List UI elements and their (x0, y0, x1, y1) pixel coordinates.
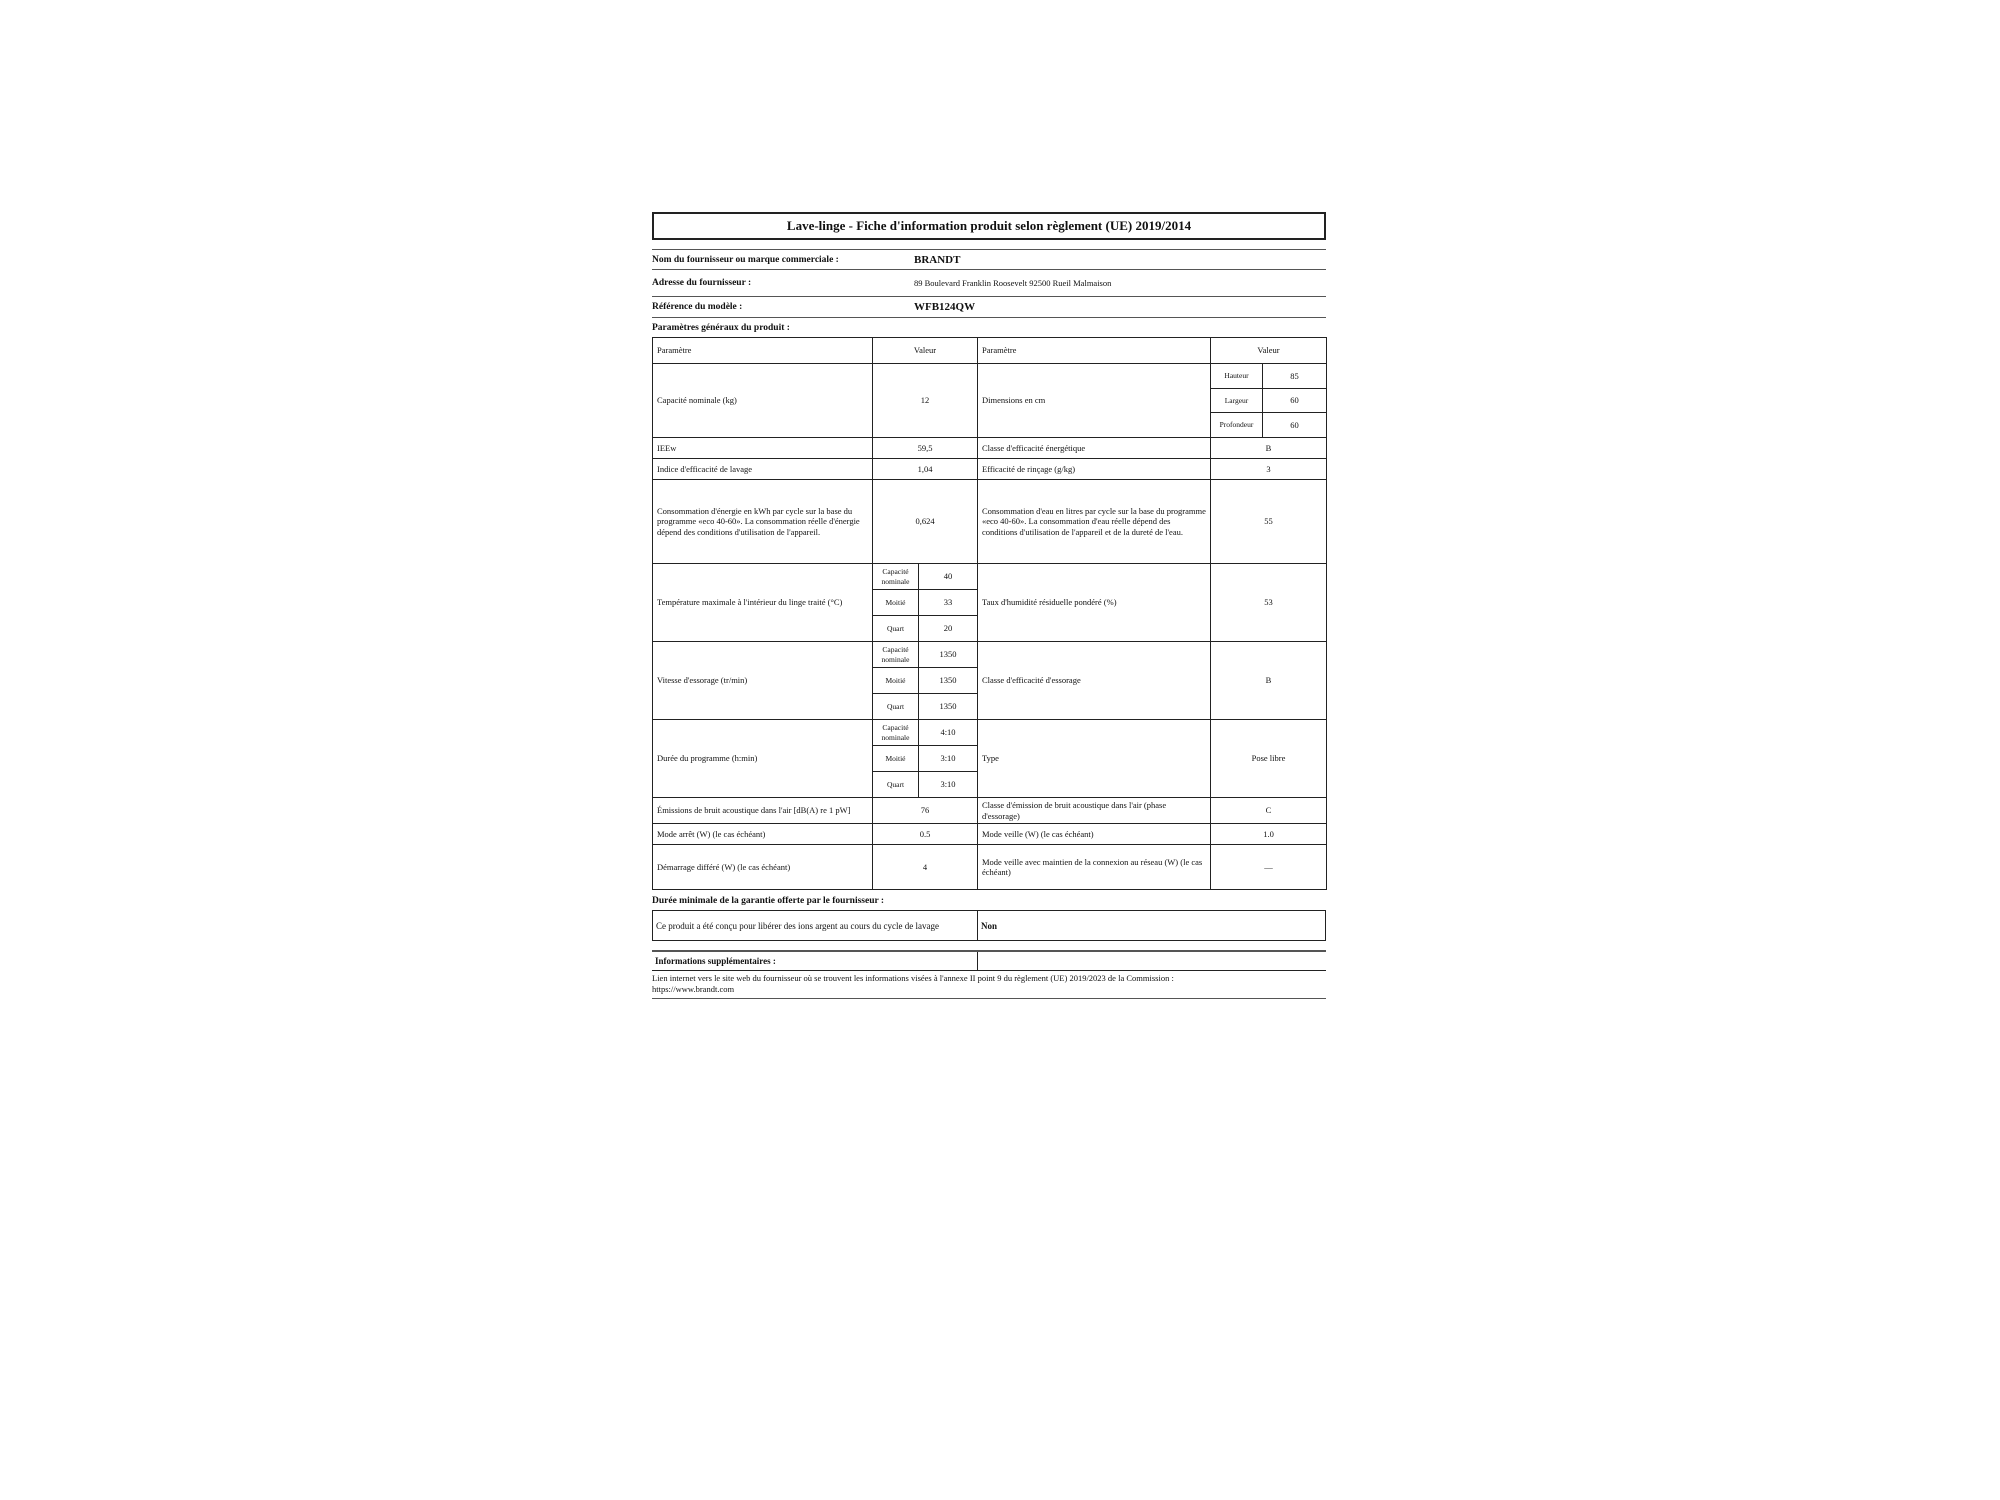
eei-label: IEEw (653, 438, 873, 459)
washing-index-value: 1,04 (873, 459, 978, 480)
energy-class-value: B (1211, 438, 1327, 459)
supplier-website-note: Lien internet vers le site web du fourni… (652, 971, 1326, 999)
delay-start-label: Démarrage différé (W) (le cas échéant) (653, 845, 873, 890)
silver-ions-value: Non (978, 911, 1326, 941)
duration-half-label: Moitié (873, 746, 919, 772)
header-value-left: Valeur (873, 338, 978, 364)
spin-class-label: Classe d'efficacité d'essorage (978, 642, 1211, 720)
spin-quarter-value: 1350 (919, 694, 978, 720)
washing-index-label: Indice d'efficacité de lavage (653, 459, 873, 480)
duration-quarter-label: Quart (873, 772, 919, 798)
header-param-right: Paramètre (978, 338, 1211, 364)
spin-quarter-label: Quart (873, 694, 919, 720)
networked-standby-value: — (1211, 845, 1327, 890)
duration-full-label: Capacité nominale (873, 720, 919, 746)
model-row: Référence du modèle : WFB124QW (652, 297, 1326, 318)
dimension-depth-value: 60 (1263, 413, 1327, 438)
spin-speed-label: Vitesse d'essorage (tr/min) (653, 642, 873, 720)
model-label: Référence du modèle : (652, 302, 914, 312)
temperature-quarter-label: Quart (873, 616, 919, 642)
dimension-height-value: 85 (1263, 364, 1327, 389)
supplier-address-value: 89 Boulevard Franklin Roosevelt 92500 Ru… (914, 278, 1326, 288)
supplier-name-value: BRANDT (914, 254, 1326, 266)
additional-info-label: Informations supplémentaires : (652, 951, 977, 970)
temperature-label: Température maximale à l'intérieur du li… (653, 564, 873, 642)
supplier-name-row: Nom du fournisseur ou marque commerciale… (652, 249, 1326, 270)
params-row: Paramètres généraux du produit : (652, 318, 1326, 337)
supplier-name-label: Nom du fournisseur ou marque commerciale… (652, 255, 914, 265)
standby-value: 1.0 (1211, 824, 1327, 845)
website-url[interactable]: https://www.brandt.com (652, 984, 734, 994)
supplier-address-row: Adresse du fournisseur : 89 Boulevard Fr… (652, 270, 1326, 297)
model-value: WFB124QW (914, 301, 1326, 313)
header-param-left: Paramètre (653, 338, 873, 364)
rinsing-value: 3 (1211, 459, 1327, 480)
capacity-label: Capacité nominale (kg) (653, 364, 873, 438)
dimensions-label: Dimensions en cm (978, 364, 1211, 438)
dimension-height-label: Hauteur (1211, 364, 1263, 389)
spin-half-value: 1350 (919, 668, 978, 694)
standby-label: Mode veille (W) (le cas échéant) (978, 824, 1211, 845)
noise-class-value: C (1211, 798, 1327, 824)
noise-class-label: Classe d'émission de bruit acoustique da… (978, 798, 1211, 824)
duration-full-value: 4:10 (919, 720, 978, 746)
water-consumption-value: 55 (1211, 480, 1327, 564)
type-value: Pose libre (1211, 720, 1327, 798)
water-consumption-label: Consommation d'eau en litres par cycle s… (978, 480, 1211, 564)
spin-full-value: 1350 (919, 642, 978, 668)
duration-half-value: 3:10 (919, 746, 978, 772)
website-note-text: Lien internet vers le site web du fourni… (652, 973, 1174, 983)
energy-consumption-label: Consommation d'énergie en kWh par cycle … (653, 480, 873, 564)
duration-label: Durée du programme (h:min) (653, 720, 873, 798)
temperature-half-label: Moitié (873, 590, 919, 616)
silver-ions-label: Ce produit a été conçu pour libérer des … (653, 911, 978, 941)
capacity-value: 12 (873, 364, 978, 438)
noise-value: 76 (873, 798, 978, 824)
off-mode-value: 0.5 (873, 824, 978, 845)
header-value-right: Valeur (1211, 338, 1327, 364)
product-information-sheet: Lave-linge - Fiche d'information produit… (652, 212, 1326, 999)
spin-class-value: B (1211, 642, 1327, 720)
spin-full-label: Capacité nominale (873, 642, 919, 668)
temperature-full-value: 40 (919, 564, 978, 590)
document-title: Lave-linge - Fiche d'information produit… (652, 212, 1326, 240)
delay-start-value: 4 (873, 845, 978, 890)
dimension-width-value: 60 (1263, 389, 1327, 413)
temperature-quarter-value: 20 (919, 616, 978, 642)
silver-ions-table: Ce produit a été conçu pour libérer des … (652, 910, 1326, 941)
parameters-table: Paramètre Valeur Paramètre Valeur Capaci… (652, 337, 1327, 890)
dimension-width-label: Largeur (1211, 389, 1263, 413)
duration-quarter-value: 3:10 (919, 772, 978, 798)
networked-standby-label: Mode veille avec maintien de la connexio… (978, 845, 1211, 890)
warranty-label: Durée minimale de la garantie offerte pa… (652, 890, 1326, 910)
eei-value: 59,5 (873, 438, 978, 459)
energy-consumption-value: 0,624 (873, 480, 978, 564)
energy-class-label: Classe d'efficacité énergétique (978, 438, 1211, 459)
rinsing-label: Efficacité de rinçage (g/kg) (978, 459, 1211, 480)
temperature-full-label: Capacité nominale (873, 564, 919, 590)
type-label: Type (978, 720, 1211, 798)
additional-info-value (977, 951, 1326, 970)
humidity-value: 53 (1211, 564, 1327, 642)
dimension-depth-label: Profondeur (1211, 413, 1263, 438)
supplier-address-label: Adresse du fournisseur : (652, 278, 914, 288)
humidity-label: Taux d'humidité résiduelle pondéré (%) (978, 564, 1211, 642)
params-label: Paramètres généraux du produit : (652, 323, 914, 333)
noise-label: Émissions de bruit acoustique dans l'air… (653, 798, 873, 824)
off-mode-label: Mode arrêt (W) (le cas échéant) (653, 824, 873, 845)
temperature-half-value: 33 (919, 590, 978, 616)
additional-info-table: Informations supplémentaires : (652, 950, 1326, 971)
spin-half-label: Moitié (873, 668, 919, 694)
table-header-row: Paramètre Valeur Paramètre Valeur (653, 338, 1327, 364)
